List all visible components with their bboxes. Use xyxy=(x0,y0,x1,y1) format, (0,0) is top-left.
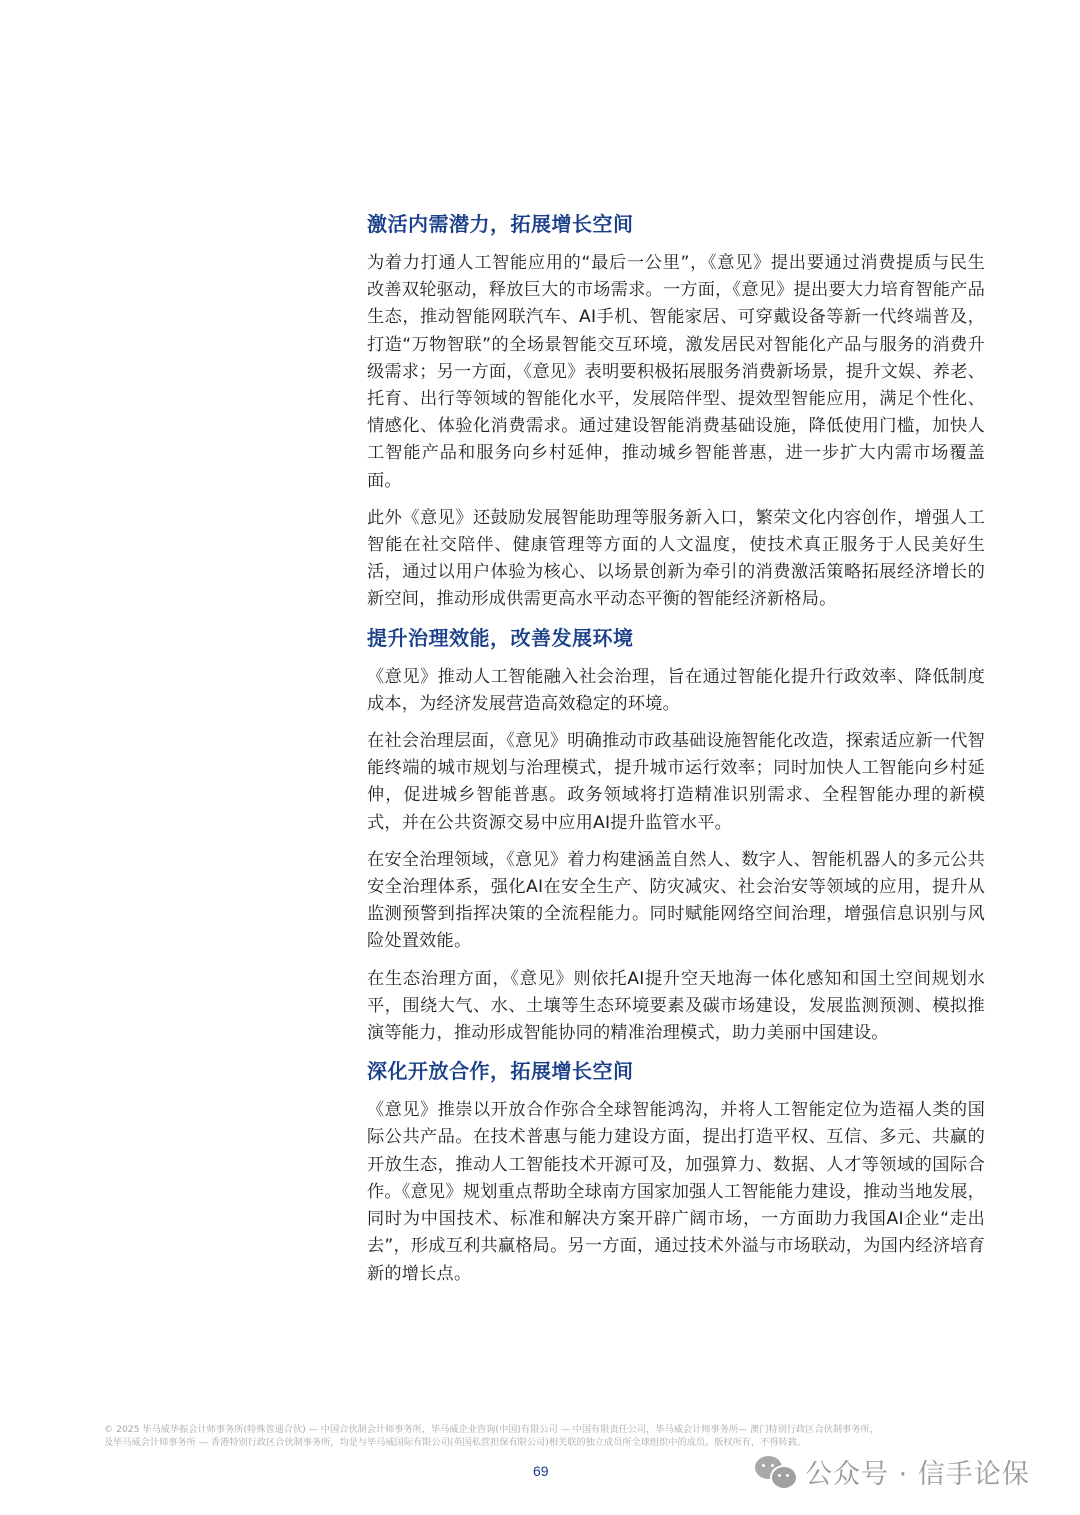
page-number: 69 xyxy=(533,1463,549,1479)
paragraph: 在安全治理领域，《意见》着力构建涵盖自然人、数字人、智能机器人的多元公共安全治理… xyxy=(367,847,985,956)
paragraph: 《意见》推动人工智能融入社会治理，旨在通过智能化提升行政效率、降低制度成本，为经… xyxy=(367,664,985,718)
legal-line: © 2025 毕马威华振会计师事务所(特殊普通合伙) — 中国合伙制会计师事务所… xyxy=(104,1423,984,1436)
section-open-cooperation: 深化开放合作，拓展增长空间 《意见》推崇以开放合作弥合全球智能鸿沟，并将人工智能… xyxy=(367,1057,985,1287)
section-heading: 提升治理效能，改善发展环境 xyxy=(367,624,985,652)
legal-line: 及毕马威会计师事务所 — 香港特别行政区合伙制事务所，均是与毕马威国际有限公司(… xyxy=(104,1436,984,1449)
paragraph: 《意见》推崇以开放合作弥合全球智能鸿沟，并将人工智能定位为造福人类的国际公共产品… xyxy=(367,1097,985,1287)
paragraph: 为着力打通人工智能应用的“最后一公里”，《意见》提出要通过消费提质与民生改善双轮… xyxy=(367,250,985,495)
paragraph: 此外《意见》还鼓励发展智能助理等服务新入口，繁荣文化内容创作，增强人工智能在社交… xyxy=(367,505,985,614)
document-body: 激活内需潜力，拓展增长空间 为着力打通人工智能应用的“最后一公里”，《意见》提出… xyxy=(367,210,985,1298)
footer-legal-notice: © 2025 毕马威华振会计师事务所(特殊普通合伙) — 中国合伙制会计师事务所… xyxy=(104,1423,984,1449)
wechat-watermark: 公众号 · 信手论保 xyxy=(755,1452,1030,1491)
section-domestic-demand: 激活内需潜力，拓展增长空间 为着力打通人工智能应用的“最后一公里”，《意见》提出… xyxy=(367,210,985,614)
section-heading: 深化开放合作，拓展增长空间 xyxy=(367,1057,985,1085)
paragraph: 在生态治理方面，《意见》则依托AI提升空天地海一体化感知和国土空间规划水平，围绕… xyxy=(367,966,985,1048)
section-governance: 提升治理效能，改善发展环境 《意见》推动人工智能融入社会治理，旨在通过智能化提升… xyxy=(367,624,985,1048)
wechat-icon xyxy=(755,1454,799,1490)
paragraph: 在社会治理层面，《意见》明确推动市政基础设施智能化改造，探索适应新一代智能终端的… xyxy=(367,728,985,837)
section-heading: 激活内需潜力，拓展增长空间 xyxy=(367,210,985,238)
watermark-text: 公众号 · 信手论保 xyxy=(805,1452,1030,1491)
